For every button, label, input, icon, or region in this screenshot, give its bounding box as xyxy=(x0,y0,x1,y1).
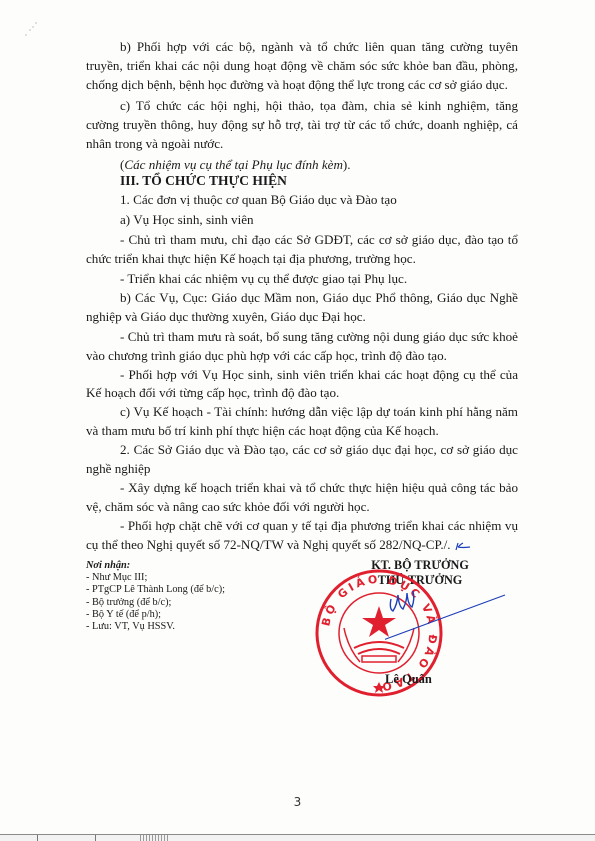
appendix-note: (Các nhiệm vụ cụ thể tại Phụ lục đính kè… xyxy=(86,157,518,173)
item-2-dash-1-line-1: - Xây dựng kế hoạch triển khai và tổ chứ… xyxy=(86,480,518,496)
item-1c-line-1: c) Vụ Kế hoạch - Tài chính: hướng dẫn vi… xyxy=(86,404,518,420)
section-heading-iii: III. TỔ CHỨC THỰC HIỆN xyxy=(86,173,518,189)
item-1c-line-2: và tham mưu bố trí kinh phí thực hiện cá… xyxy=(86,423,518,439)
item-1a-dash-2: - Triển khai các nhiệm vụ cụ thể được gi… xyxy=(86,271,518,287)
item-2-line-1: 2. Các Sở Giáo dục và Đào tạo, các cơ sở… xyxy=(86,442,518,458)
recipients-block: Nơi nhận: - Như Mục III; - PTgCP Lê Thàn… xyxy=(86,560,225,633)
handwritten-initials-icon xyxy=(454,541,472,551)
item-1a-dash-1-line-1: - Chủ trì tham mưu, chỉ đạo các Sở GDĐT,… xyxy=(86,232,518,248)
item-1b-dash-2-line-1: - Phối hợp với Vụ Học sinh, sinh viên tr… xyxy=(86,367,518,383)
paragraph-c-line-2: cường truyền thông, huy động sự hỗ trợ, … xyxy=(86,117,518,133)
item-1b-dash-1-line-1: - Chủ trì tham mưu rà soát, bổ sung tăng… xyxy=(86,329,518,345)
item-1a: a) Vụ Học sinh, sinh viên xyxy=(86,212,518,228)
scan-barcode-fragment xyxy=(140,835,170,841)
item-1b-dash-1-line-2: vào chương trình giáo dục phù hợp với cá… xyxy=(86,348,518,364)
paragraph-c-line-3: nhân trong và ngoài nước. xyxy=(86,136,518,152)
document-page: b) Phối hợp với các bộ, ngành và tổ chức… xyxy=(0,0,595,841)
item-2-line-2: nghề nghiệp xyxy=(86,461,518,477)
paragraph-b-line-1: b) Phối hợp với các bộ, ngành và tổ chức… xyxy=(86,39,518,55)
signer-name: Lê Quân xyxy=(385,672,432,687)
recipient-item: - Bộ trưởng (để b/c); xyxy=(86,597,225,609)
recipient-item: - PTgCP Lê Thành Long (để b/c); xyxy=(86,584,225,596)
recipients-title: Nơi nhận: xyxy=(86,560,225,572)
item-1b-line-2: nghiệp và Giáo dục thường xuyên, Giáo dụ… xyxy=(86,309,518,325)
item-1b-dash-2-line-2: Kế hoạch đối với từng cấp học, trình độ … xyxy=(86,385,518,401)
item-2-dash-1-line-2: vệ, chăm sóc và nâng cao sức khỏe đối vớ… xyxy=(86,499,518,515)
paragraph-b-line-2: truyền, triển khai các nội dung hoạt độn… xyxy=(86,58,518,74)
item-2-dash-2-line-2: cụ thể theo Nghị quyết số 72-NQ/TW và Ng… xyxy=(86,537,518,553)
item-1a-dash-1-line-2: chức triển khai thực hiện Kế hoạch tại đ… xyxy=(86,251,518,267)
recipient-item: - Lưu: VT, Vụ HSSV. xyxy=(86,621,225,633)
scan-artifact-icon xyxy=(22,15,52,40)
recipient-item: - Bộ Y tế (để p/h); xyxy=(86,609,225,621)
scan-tick xyxy=(95,835,96,841)
recipient-item: - Như Mục III; xyxy=(86,572,225,584)
item-2-dash-2-text: cụ thể theo Nghị quyết số 72-NQ/TW và Ng… xyxy=(86,537,451,552)
page-number: 3 xyxy=(0,795,595,809)
paragraph-c-line-1: c) Tổ chức các hội nghị, hội thảo, tọa đ… xyxy=(86,98,518,114)
paren-close: ). xyxy=(343,157,351,172)
item-1b-line-1: b) Các Vụ, Cục: Giáo dục Mầm non, Giáo d… xyxy=(86,290,518,306)
scan-tick xyxy=(37,835,38,841)
scan-bottom-strip xyxy=(0,835,595,841)
item-2-dash-2-line-1: - Phối hợp chặt chẽ với cơ quan y tế tại… xyxy=(86,518,518,534)
item-1: 1. Các đơn vị thuộc cơ quan Bộ Giáo dục … xyxy=(86,192,518,208)
paragraph-b-line-3: chống dịch bệnh, bệnh học đường và hoạt … xyxy=(86,77,518,93)
appendix-note-text: Các nhiệm vụ cụ thể tại Phụ lục đính kèm xyxy=(124,157,343,172)
handwritten-signature-icon xyxy=(385,585,520,645)
